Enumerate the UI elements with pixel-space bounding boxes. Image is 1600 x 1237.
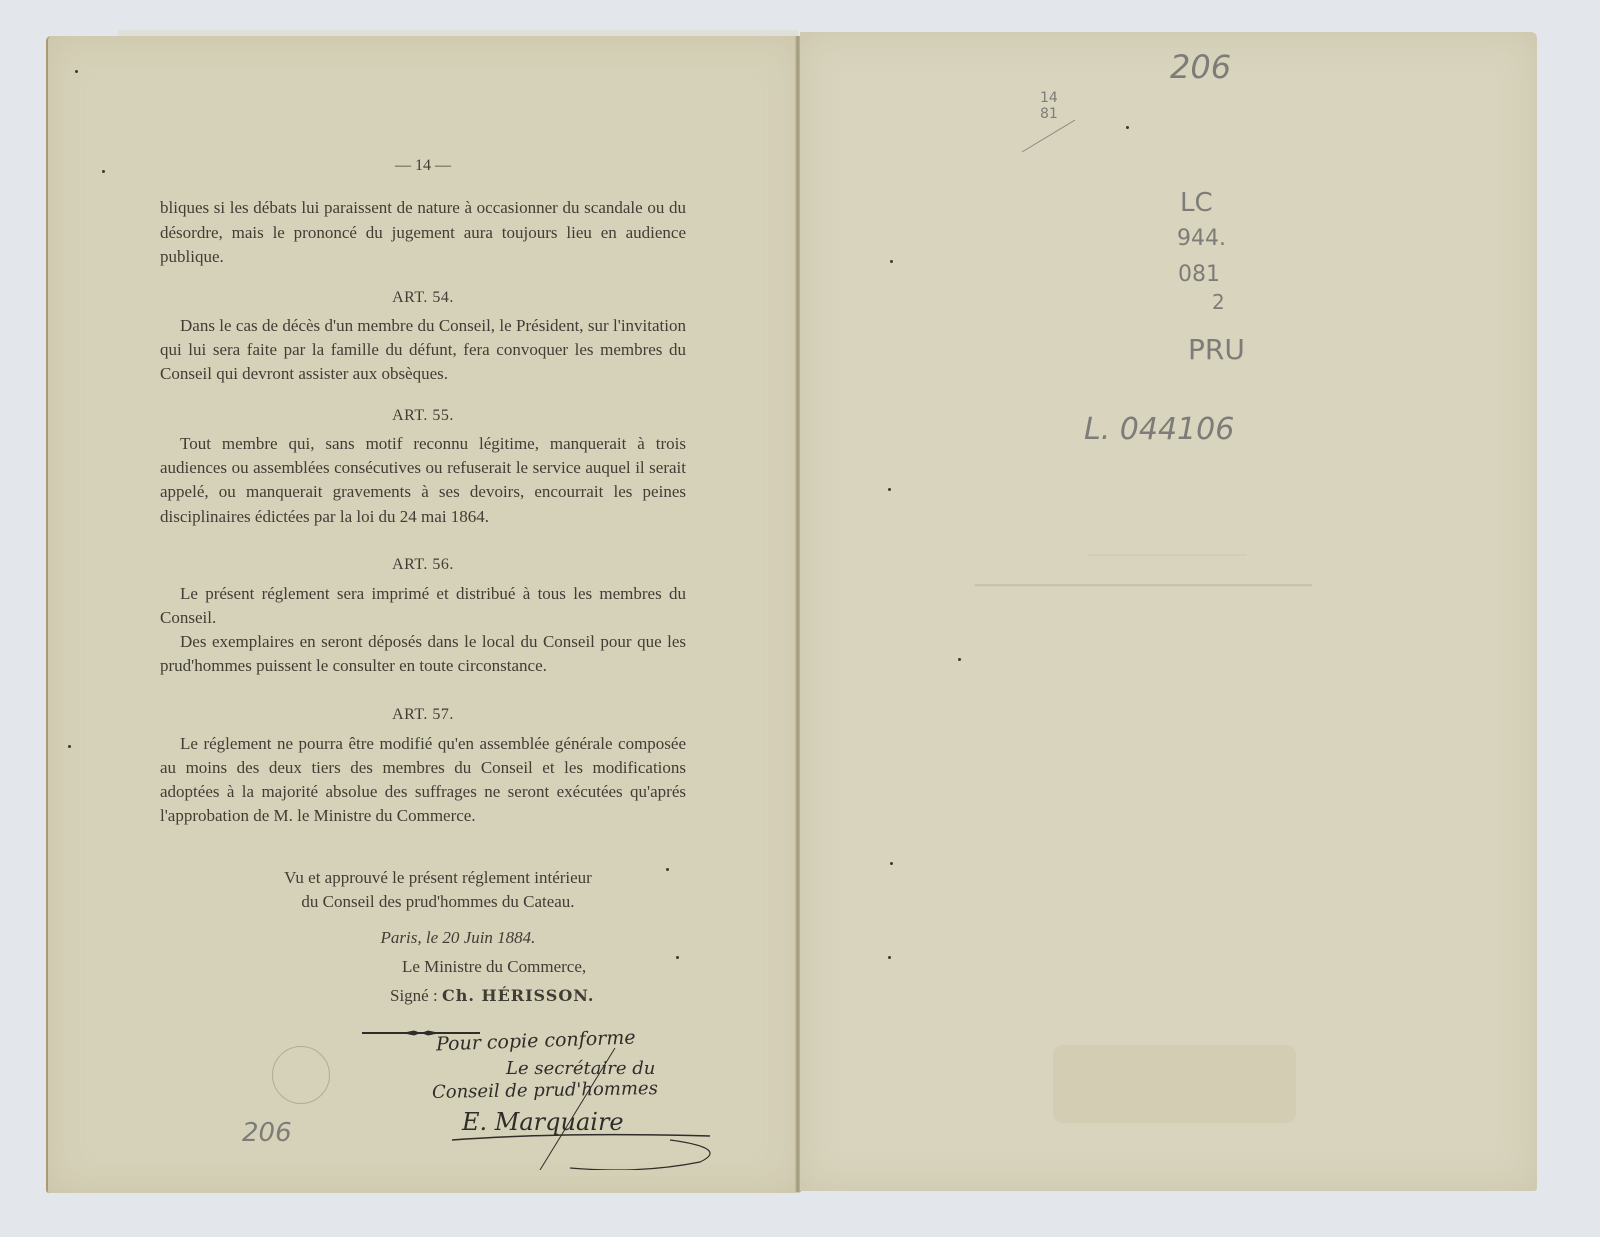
bleed-through-rule: ──────────────── [1088, 548, 1247, 564]
article-heading: ART. 57. [160, 703, 686, 727]
approval-line-1: Vu et approuvé le présent réglement inté… [200, 866, 676, 890]
call-number-line: PRU [1188, 333, 1245, 366]
pencil-stroke-icon [1020, 110, 1080, 160]
paper-speck [676, 956, 679, 959]
article-paragraph: Tout membre qui, sans motif reconnu légi… [160, 432, 686, 529]
minister-title: Le Ministre du Commerce, [402, 955, 662, 979]
signature-flourish-icon [440, 1040, 740, 1170]
signatory-name: Ch. HÉRISSON. [442, 986, 594, 1005]
paper-speck [890, 260, 893, 263]
paper-speck [890, 862, 893, 865]
paper-speck [68, 745, 71, 748]
article-heading: ART. 56. [160, 553, 686, 577]
signature-line: Signé : Ch. HÉRISSON. [390, 984, 690, 1008]
place-date: Paris, le 20 Juin 1884. [200, 926, 716, 950]
article-heading: ART. 54. [160, 286, 686, 310]
paper-speck [1126, 126, 1129, 129]
paper-speck [888, 956, 891, 959]
article-paragraph: Dans le cas de décès d'un membre du Cons… [160, 314, 686, 386]
call-number-line: 2 [1212, 290, 1225, 314]
library-stamp [272, 1046, 330, 1104]
paper-speck [958, 658, 961, 661]
call-number-line: LC [1180, 188, 1213, 218]
article-heading: ART. 55. [160, 404, 686, 428]
inventory-number: L. 044106 [1084, 412, 1234, 447]
approval-line-2: du Conseil des prud'hommes du Cateau. [200, 890, 676, 914]
pencil-number-right: 206 [1170, 48, 1231, 86]
paper-speck [75, 70, 78, 73]
signed-label: Signé : [390, 986, 438, 1005]
call-number-line: 081 [1178, 262, 1220, 287]
article-paragraph: Des exemplaires en seront déposés dans l… [160, 630, 686, 678]
paper-speck [666, 868, 669, 871]
right-page [800, 32, 1537, 1191]
article-paragraph: Le réglement ne pourra être modifié qu'e… [160, 732, 686, 828]
article-paragraph: Le présent réglement sera imprimé et dis… [160, 582, 686, 630]
opening-paragraph: bliques si les débats lui paraissent de … [160, 196, 686, 270]
call-number-line: 944. [1177, 226, 1226, 251]
faded-label-mark [1053, 1045, 1296, 1123]
paper-speck [102, 170, 105, 173]
pencil-number-left: 206 [242, 1118, 292, 1148]
page-number: — 14 — [160, 157, 686, 175]
bleed-through-text: ━━━━━━━━━━━━━━━━━━━━━━━━━━━━━━━━━━━━━━━━ [975, 578, 1312, 595]
paper-speck [888, 488, 891, 491]
